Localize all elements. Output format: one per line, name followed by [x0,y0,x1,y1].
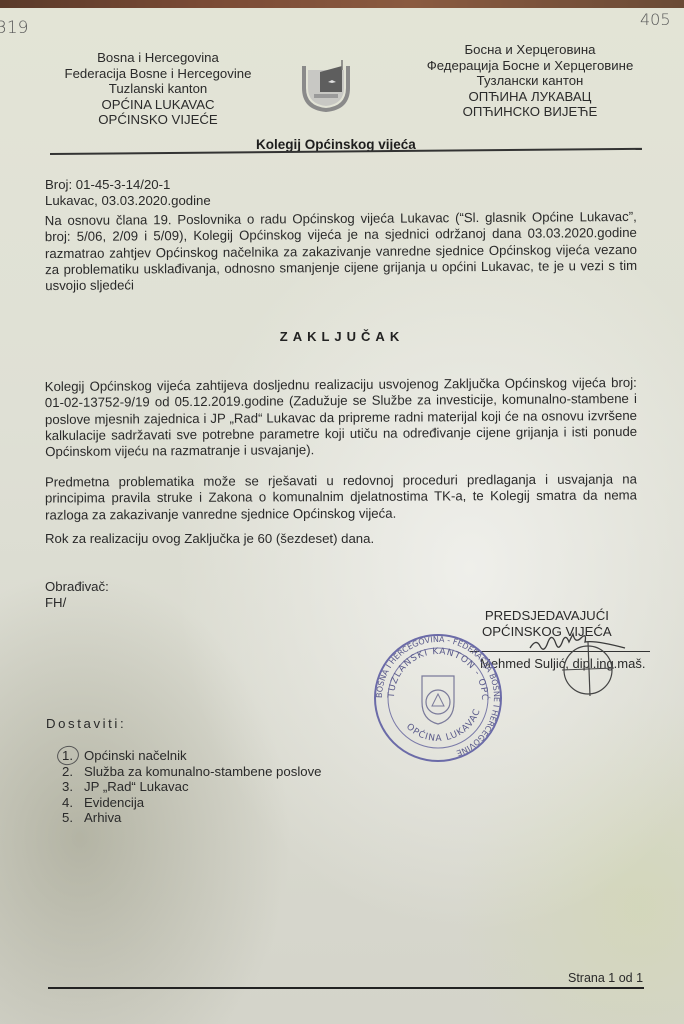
prepared-by-initials: FH/ [45,595,109,611]
list-item-label: JP „Rad“ Lukavac [84,779,189,795]
list-item: 4.Evidencija [62,795,322,811]
list-item: 1.Općinski načelnik [62,748,322,764]
handwritten-note-right: 405 [640,10,671,29]
document-heading: ZAKLJUČAK [0,329,684,344]
official-stamp-icon: BOSNA I HERCEGOVINA - FEDERACIJA BOSNE I… [372,632,504,764]
header-latin: Bosna i Hercegovina Federacija Bosne i H… [38,50,278,128]
document-number: Broj: 01-45-3-14/20-1 [45,177,211,193]
place-date: Lukavac, 03.03.2020.godine [45,193,211,209]
header-line: Федерација Босне и Херцеговине [410,58,650,74]
header-line: Federacija Bosne i Hercegovine [38,66,278,82]
header-cyrillic: Босна и Херцеговина Федерација Босне и Х… [410,42,650,120]
list-item-label: Općinski načelnik [84,748,187,764]
list-item-label: Služba za komunalno-stambene poslove [84,764,322,780]
list-item-label: Evidencija [84,795,144,811]
list-item-label: Arhiva [84,810,121,826]
intro-paragraph: Na osnovu člana 19. Poslovnika o radu Op… [45,209,638,295]
header-line: OPĆINSKO VIJEĆE [38,112,278,128]
list-item-number: 5. [62,810,84,826]
handwritten-signature-icon [500,626,650,696]
header-line: OPĆINA LUKAVAC [38,97,278,113]
deadline-paragraph: Rok za realizaciju ovog Zaključka je 60 … [45,531,637,547]
footer-divider [48,987,644,989]
list-item: 2.Služba za komunalno-stambene poslove [62,764,322,780]
header-line: ОПЋИНСКО ВИЈЕЋЕ [410,104,650,120]
list-item-number: 2. [62,764,84,780]
document-meta: Broj: 01-45-3-14/20-1 Lukavac, 03.03.202… [45,177,211,209]
coat-of-arms-icon [298,58,354,112]
list-item-number: 1. [62,748,84,764]
conclusion-paragraph: Kolegij Općinskog vijeća zahtijeva doslj… [45,375,638,461]
header-line: ОПЋИНА ЛУКАВАЦ [410,89,650,105]
list-item-number: 3. [62,779,84,795]
handwritten-note-left: 319 [0,18,28,38]
prepared-by: Obrađivač: FH/ [45,579,109,611]
page-number: Strana 1 od 1 [568,971,643,985]
conclusion-paragraph: Predmetna problematika može se rješavati… [45,471,637,523]
list-item: 5.Arhiva [62,810,322,826]
delivery-list: 1.Općinski načelnik 2.Služba za komunaln… [62,748,322,826]
prepared-by-label: Obrađivač: [45,579,109,595]
header-line: Тузлански кантон [410,73,650,89]
signatory-title-line: PREDSJEDAVAJUĆI [482,608,612,624]
header-line: Bosna i Hercegovina [38,50,278,66]
list-item-number: 4. [62,795,84,811]
header-line: Босна и Херцеговина [410,42,650,58]
header-line: Tuzlanski kanton [38,81,278,97]
delivery-title: Dostaviti: [46,716,126,731]
list-item: 3.JP „Rad“ Lukavac [62,779,322,795]
